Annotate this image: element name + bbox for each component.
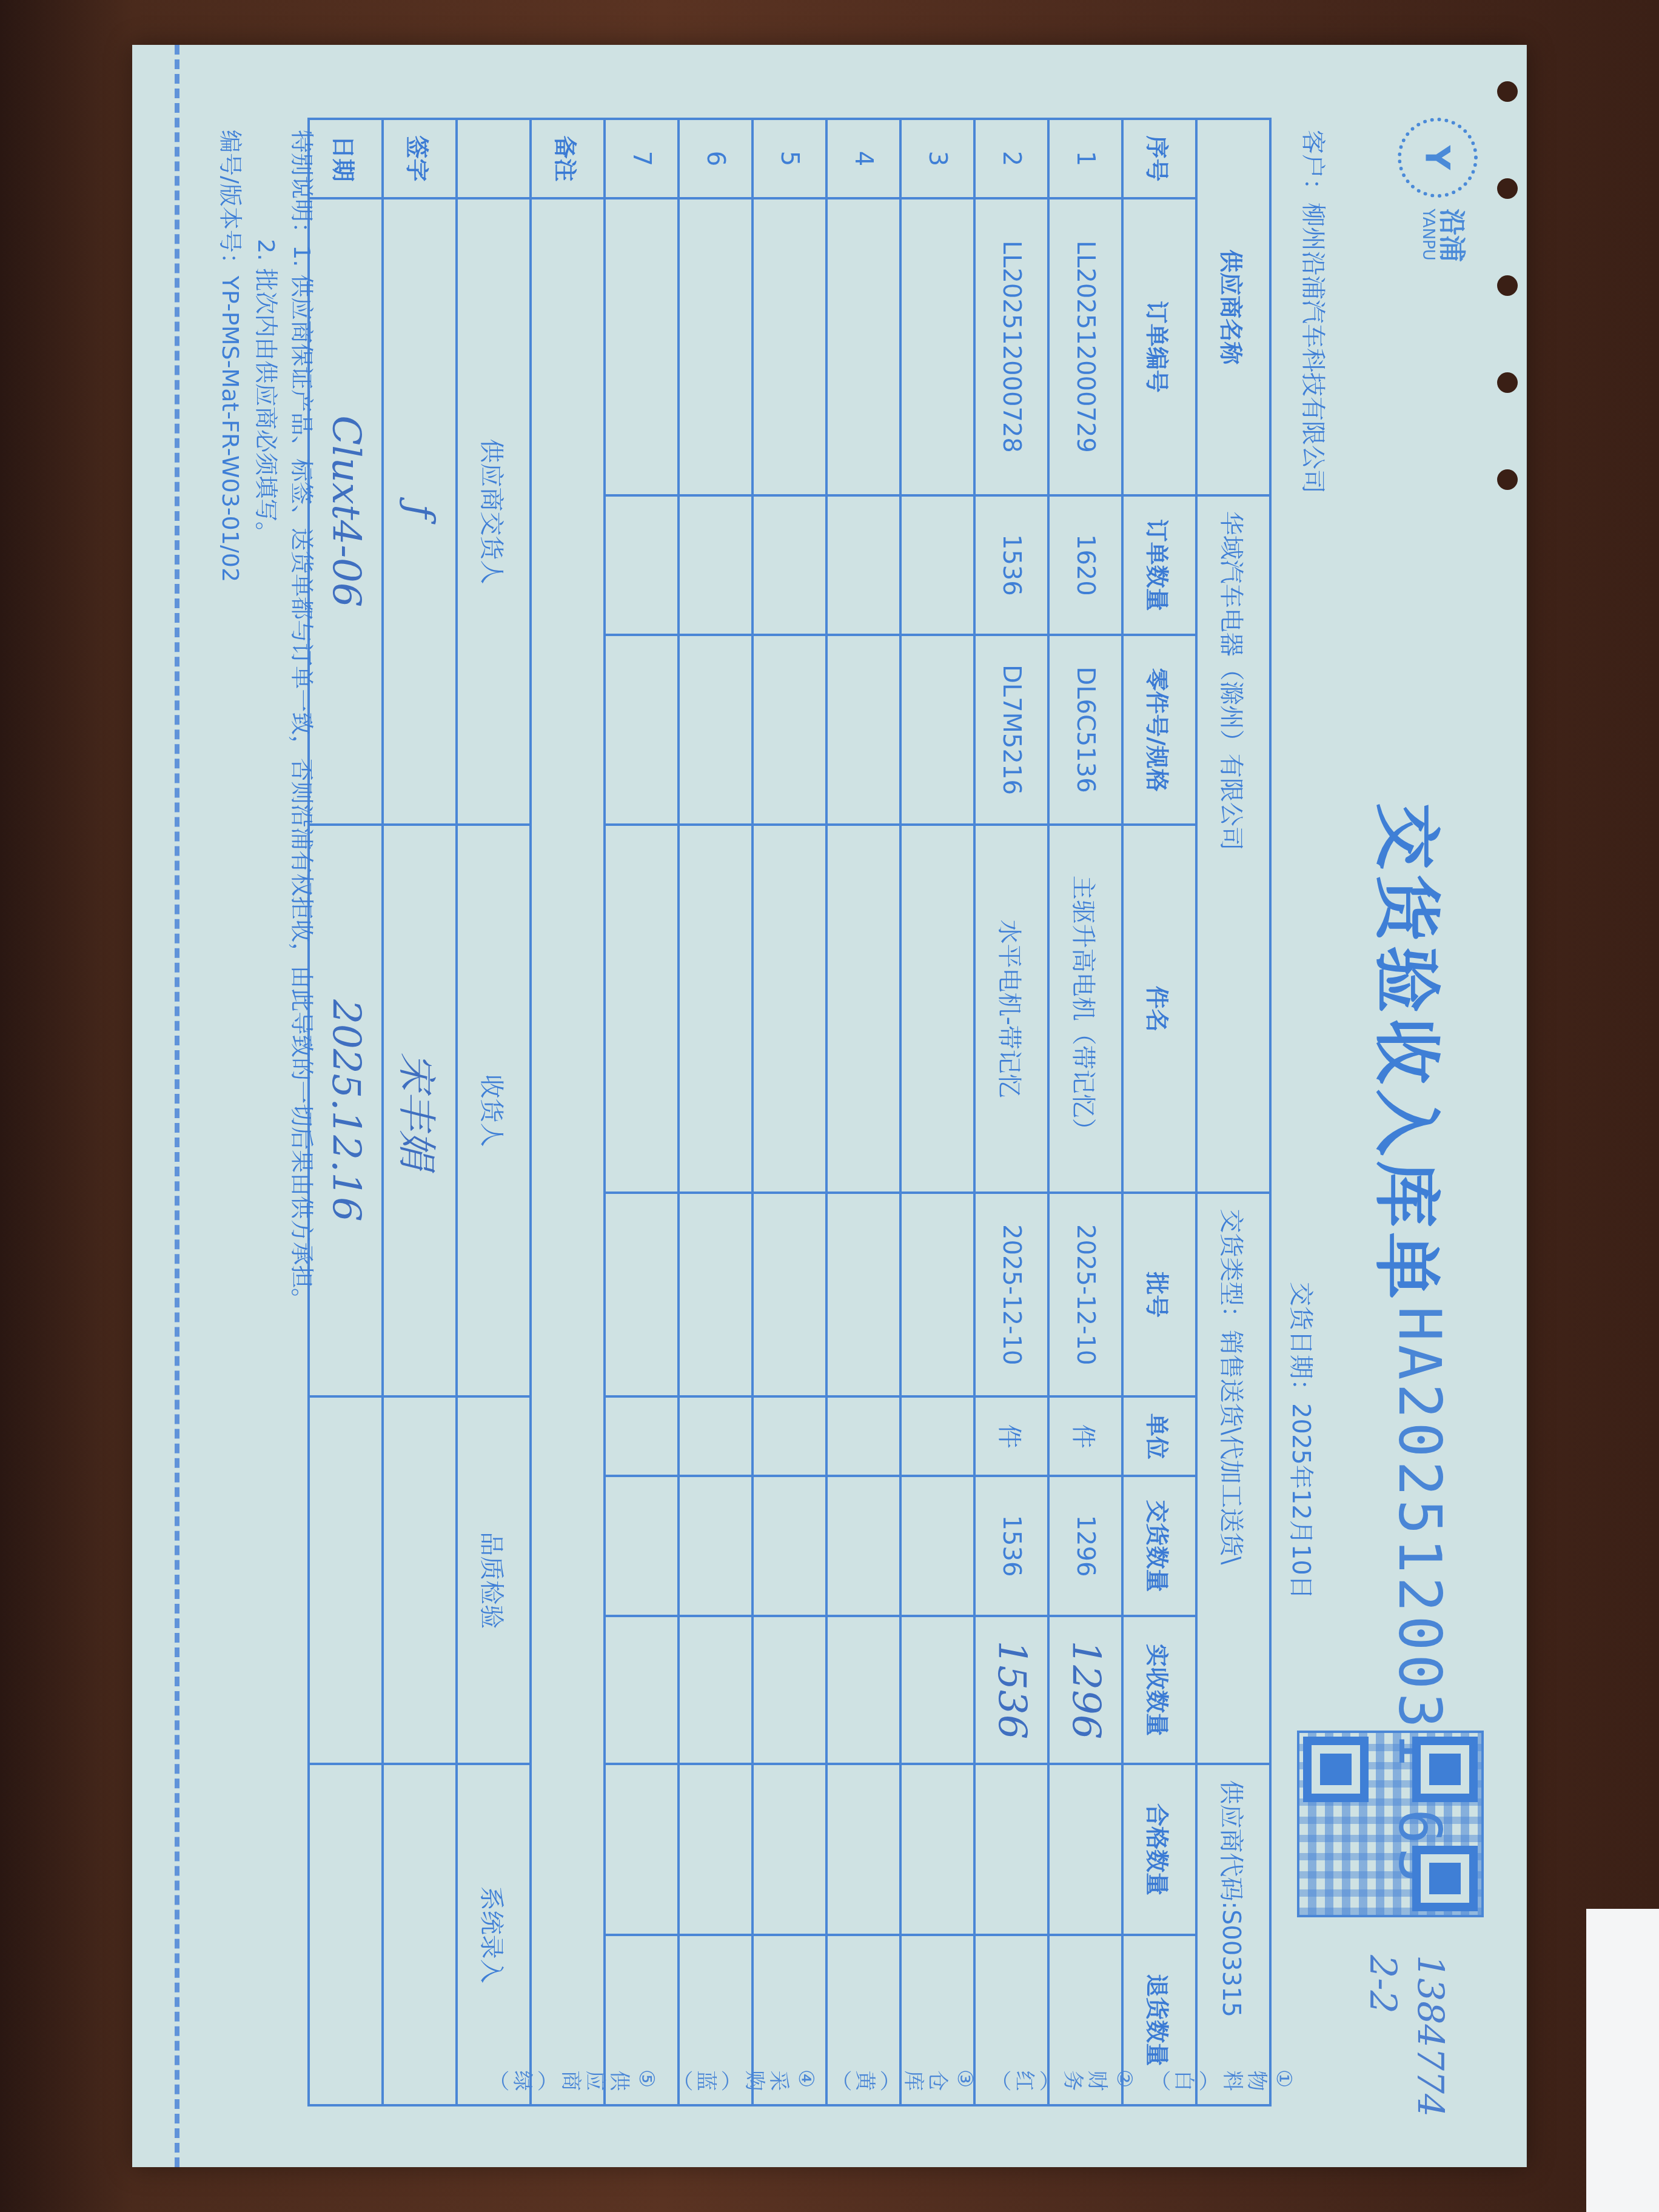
delivery-qty: 1536: [974, 1476, 1048, 1615]
quality-signature: [383, 1396, 457, 1764]
delivery-table: 供应商名称 华域汽车电器（滁州）有限公司 交货类型：销售送货\代加工送货\ 供应…: [307, 118, 1272, 2106]
batch: 2025-12-10: [1048, 1193, 1122, 1396]
received-qty: 1536: [974, 1616, 1048, 1765]
delivery-receipt-paper: Y 沿浦 YANPU 交货验收入库单 HA2025120031 63 13847…: [132, 45, 1527, 2167]
logo-text: 沿浦 YANPU: [1419, 209, 1466, 262]
perforation-line: [175, 45, 179, 2167]
signature-row: 签字 ƒ 宋丰娟: [383, 119, 457, 2105]
supplier-row: 供应商名称 华域汽车电器（滁州）有限公司 交货类型：销售送货\代加工送货\ 供应…: [1196, 119, 1270, 2105]
row-no: 4: [826, 119, 900, 198]
table-row: 1 LL202512000729 1620 DL6C5136 主驱升高电机（带记…: [1048, 119, 1122, 2105]
system-entry-signature: [383, 1764, 457, 2105]
supplier-signature: ƒ: [383, 198, 457, 825]
receiver-date: 2025.12.16: [309, 825, 383, 1396]
tractor-holes-top: [1490, 45, 1526, 2167]
supplier-date: Cluxt4-06: [309, 198, 383, 825]
row-no: 2: [974, 119, 1048, 198]
table-row: 3: [900, 119, 974, 2105]
supplier-name-label: 供应商名称: [1196, 119, 1270, 495]
system-entry-label: 系统录入: [457, 1764, 531, 2105]
col-delivery-qty: 交货数量: [1122, 1476, 1196, 1615]
delivery-type-field: 交货类型：销售送货\代加工送货\: [1196, 1193, 1270, 1764]
signature-label: 签字: [383, 119, 457, 198]
delivery-qty: 1296: [1048, 1476, 1122, 1615]
row-no: 1: [1048, 119, 1122, 198]
col-part-name: 件名: [1122, 825, 1196, 1193]
remarks-value: [531, 198, 605, 2105]
sign-label-row: 供应商交货人 收货人 品质检验 系统录入: [457, 119, 531, 2105]
unit: 件: [1048, 1396, 1122, 1476]
remarks-label: 备注: [531, 119, 605, 198]
col-received-qty: 实收数量: [1122, 1616, 1196, 1765]
qr-code-icon: [1297, 1731, 1484, 1917]
part-name: 主驱升高电机（带记忆）: [1048, 825, 1122, 1193]
qualified-qty: [974, 1764, 1048, 1934]
form-title: 交货验收入库单: [1364, 803, 1460, 1304]
header-row: 序号 订单编号 订单数量 零件号/规格 件名 批号 单位 交货数量 实收数量 合…: [1122, 119, 1196, 2105]
handwritten-reference: 1384774 2-2: [1359, 1955, 1453, 2117]
yanpu-logo-icon: Y: [1398, 118, 1478, 198]
part-name: 水平电机-带记忆: [974, 825, 1048, 1193]
system-entry-date: [309, 1764, 383, 2105]
col-qualified-qty: 合格数量: [1122, 1764, 1196, 1934]
qualified-qty: [1048, 1764, 1122, 1934]
part-no: DL7M5216: [974, 635, 1048, 825]
table-row: 6: [679, 119, 752, 2105]
order-qty: 1620: [1048, 495, 1122, 635]
special-notes: 特别说明：1. 供应商保证产品、标签、送货单都与订单一致，否则沿浦有权拒收，由此…: [212, 130, 320, 1311]
supplier-delivery-label: 供应商交货人: [457, 198, 531, 825]
received-qty: 1296: [1048, 1616, 1122, 1765]
row-no: 3: [900, 119, 974, 198]
col-batch: 批号: [1122, 1193, 1196, 1396]
date-label: 日期: [309, 119, 383, 198]
row-no: 6: [679, 119, 752, 198]
row-no: 5: [752, 119, 826, 198]
receiver-signature: 宋丰娟: [383, 825, 457, 1396]
date-row: 日期 Cluxt4-06 2025.12.16: [309, 119, 383, 2105]
supplier-code-field: 供应商代码:S003315: [1196, 1764, 1270, 2105]
underlying-white-sheet: [1586, 1909, 1659, 2212]
quality-inspection-label: 品质检验: [457, 1396, 531, 1764]
order-no: LL202512000729: [1048, 198, 1122, 495]
col-order-no: 订单编号: [1122, 198, 1196, 495]
order-no: LL202512000728: [974, 198, 1048, 495]
table-row: 5: [752, 119, 826, 2105]
copy-distribution: ①物料（白） ②财务（红） ③仓库（黄） ④采购（蓝） ⑤供应商（绿）: [485, 2064, 1296, 2094]
table-row: 7: [605, 119, 679, 2105]
paper-body: Y 沿浦 YANPU 交货验收入库单 HA2025120031 63 13847…: [132, 45, 1527, 2167]
batch: 2025-12-10: [974, 1193, 1048, 1396]
order-qty: 1536: [974, 495, 1048, 635]
col-order-qty: 订单数量: [1122, 495, 1196, 635]
col-part-no: 零件号/规格: [1122, 635, 1196, 825]
remarks-row: 备注: [531, 119, 605, 2105]
supplier-name: 华域汽车电器（滁州）有限公司: [1196, 495, 1270, 1193]
quality-date: [309, 1396, 383, 1764]
col-no: 序号: [1122, 119, 1196, 198]
unit: 件: [974, 1396, 1048, 1476]
delivery-date-field: 交货日期：2025年12月10日: [1285, 1282, 1320, 1600]
table-row: 2 LL202512000728 1536 DL7M5216 水平电机-带记忆 …: [974, 119, 1048, 2105]
col-unit: 单位: [1122, 1396, 1196, 1476]
row-no: 7: [605, 119, 679, 198]
customer-field: 客户：柳州沿浦汽车科技有限公司: [1298, 130, 1332, 494]
table-row: 4: [826, 119, 900, 2105]
part-no: DL6C5136: [1048, 635, 1122, 825]
receiver-label: 收货人: [457, 825, 531, 1396]
